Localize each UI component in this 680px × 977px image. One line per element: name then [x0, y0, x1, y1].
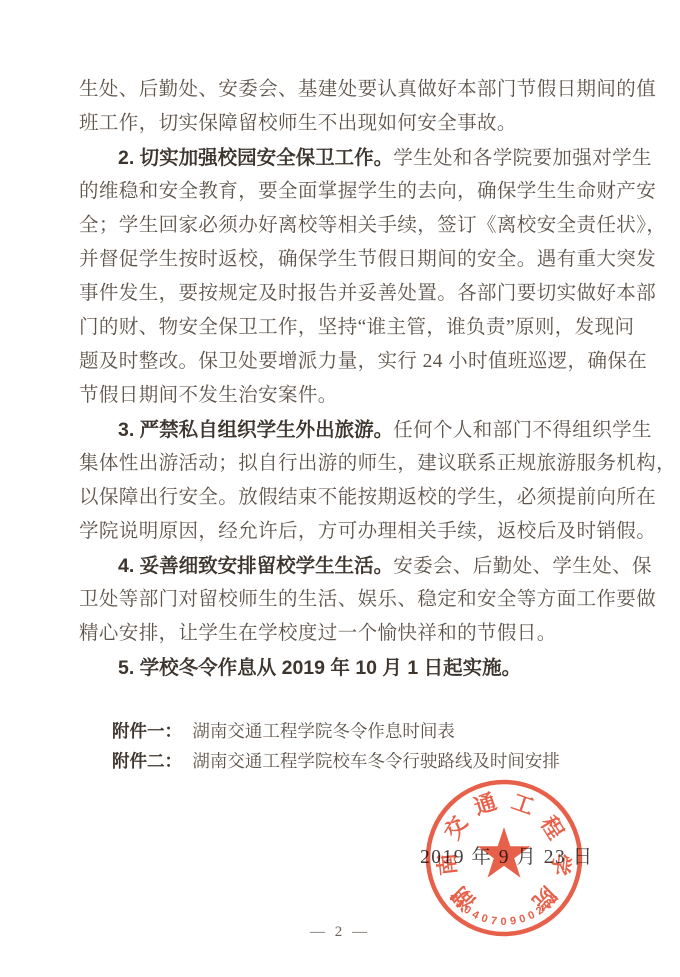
text-segment: 学院说明原因，经允许后，方可办理相关手续，返校后及时销假。: [79, 521, 656, 542]
body-line: 集体性出游活动；拟自行出游的师生，建议联系正规旅游服务机构，: [79, 447, 624, 481]
svg-text:7: 7: [490, 915, 499, 928]
attachment-line: 附件一： 湖南交通工程学院冬令作息时间表: [112, 716, 560, 746]
svg-text:交: 交: [439, 812, 472, 844]
attachment-title: 湖南交通工程学院校车冬令行驶路线及时间安排: [192, 751, 560, 771]
text-segment: 生处、后勤处、安委会、基建处要认真做好本部门节假日期间的值: [79, 79, 656, 100]
seal-graphic: 湖南交通工程学院 4304070900203: [422, 776, 586, 940]
text-segment: 题及时整改。保卫处要增派力量，实行 24 小时值班巡逻，确保在: [79, 351, 647, 372]
body-line: 5. 学校冬令作息从 2019 年 10 月 1 日起实施。: [79, 651, 624, 685]
seal-star-icon: [477, 827, 530, 878]
body-line: 全；学生回家必须办好离校等相关手续，签订《离校安全责任状》，: [79, 209, 624, 243]
attachment-list: 附件一： 湖南交通工程学院冬令作息时间表 附件二： 湖南交通工程学院校车冬令行驶…: [112, 716, 560, 776]
heading-segment: 2. 切实加强校园安全保卫工作。: [118, 147, 393, 169]
svg-text:0: 0: [480, 912, 490, 926]
svg-text:0: 0: [500, 916, 507, 928]
official-seal: 湖南交通工程学院 4304070900203: [422, 776, 586, 940]
body-line: 并督促学生按时返校，确保学生节假日期间的安全。遇有重大突发: [79, 243, 624, 277]
text-segment: 事件发生，要按规定及时报告并妥善处置。各部门要切实做好本部: [79, 283, 656, 304]
body-line: 的维稳和安全教育，要全面掌握学生的去向，确保学生生命财产安: [79, 175, 624, 209]
text-segment: 安委会、后勤处、学生处、保: [393, 556, 652, 577]
body-line: 以保障出行安全。放假结束不能按期返校的学生，必须提前向所在: [79, 481, 624, 515]
svg-text:南: 南: [434, 852, 461, 877]
body-lines: 生处、后勤处、安委会、基建处要认真做好本部门节假日期间的值班工作，切实保障留校师…: [79, 73, 624, 685]
text-segment: 以保障出行安全。放假结束不能按期返校的学生，必须提前向所在: [79, 487, 656, 508]
document-page: 生处、后勤处、安委会、基建处要认真做好本部门节假日期间的值班工作，切实保障留校师…: [0, 0, 680, 977]
body-line: 3. 严禁私自组织学生外出旅游。任何个人和部门不得组织学生: [79, 413, 624, 447]
attachment-label: 附件一：: [112, 721, 182, 741]
body-line: 精心安排，让学生在学校度过一个愉快祥和的节假日。: [79, 617, 624, 651]
text-segment: 节假日期间不发生治安案件。: [79, 385, 338, 406]
text-segment: 集体性出游活动；拟自行出游的师生，建议联系正规旅游服务机构，: [79, 453, 676, 474]
body-line: 4. 妥善细致安排留校学生生活。安委会、后勤处、学生处、保: [79, 549, 624, 583]
svg-text:学: 学: [547, 852, 574, 877]
text-segment: 全；学生回家必须办好离校等相关手续，签订《离校安全责任状》，: [79, 215, 666, 236]
svg-text:程: 程: [536, 812, 569, 844]
text-segment: 并督促学生按时返校，确保学生节假日期间的安全。遇有重大突发: [79, 249, 656, 270]
text-segment: 学生处和各学院要加强对学生: [393, 148, 652, 169]
body-line: 节假日期间不发生治安案件。: [79, 379, 624, 413]
svg-text:通: 通: [471, 789, 500, 820]
heading-segment: 3. 严禁私自组织学生外出旅游。: [118, 419, 393, 441]
text-segment: 精心安排，让学生在学校度过一个愉快祥和的节假日。: [79, 623, 557, 644]
heading-segment: 4. 妥善细致安排留校学生生活。: [118, 555, 393, 577]
text-segment: 班工作，切实保障留校师生不出现如何安全事故。: [79, 113, 517, 134]
heading-segment: 5. 学校冬令作息从 2019 年 10 月 1 日起实施。: [118, 657, 521, 679]
body-line: 题及时整改。保卫处要增派力量，实行 24 小时值班巡逻，确保在: [79, 345, 624, 379]
text-segment: 卫处等部门对留校师生的生活、娱乐、稳定和安全等方面工作要做: [79, 589, 656, 610]
body-line: 门的财、物安全保卫工作，坚持“谁主管，谁负责”原则，发现问: [79, 311, 624, 345]
svg-text:工: 工: [508, 789, 537, 820]
attachment-line: 附件二： 湖南交通工程学院校车冬令行驶路线及时间安排: [112, 746, 560, 776]
attachment-title: 湖南交通工程学院冬令作息时间表: [192, 721, 455, 741]
body-line: 卫处等部门对留校师生的生活、娱乐、稳定和安全等方面工作要做: [79, 583, 624, 617]
svg-text:9: 9: [509, 915, 518, 928]
attachment-label: 附件二：: [112, 751, 182, 771]
text-segment: 门的财、物安全保卫工作，坚持“谁主管，谁负责”原则，发现问: [79, 317, 634, 338]
body-line: 学院说明原因，经允许后，方可办理相关手续，返校后及时销假。: [79, 515, 624, 549]
text-segment: 的维稳和安全教育，要全面掌握学生的去向，确保学生生命财产安: [79, 181, 656, 202]
body-line: 班工作，切实保障留校师生不出现如何安全事故。: [79, 107, 624, 141]
body-line: 生处、后勤处、安委会、基建处要认真做好本部门节假日期间的值: [79, 73, 624, 107]
text-segment: 任何个人和部门不得组织学生: [393, 420, 652, 441]
body-line: 2. 切实加强校园安全保卫工作。学生处和各学院要加强对学生: [79, 141, 624, 175]
body-line: 事件发生，要按规定及时报告并妥善处置。各部门要切实做好本部: [79, 277, 624, 311]
